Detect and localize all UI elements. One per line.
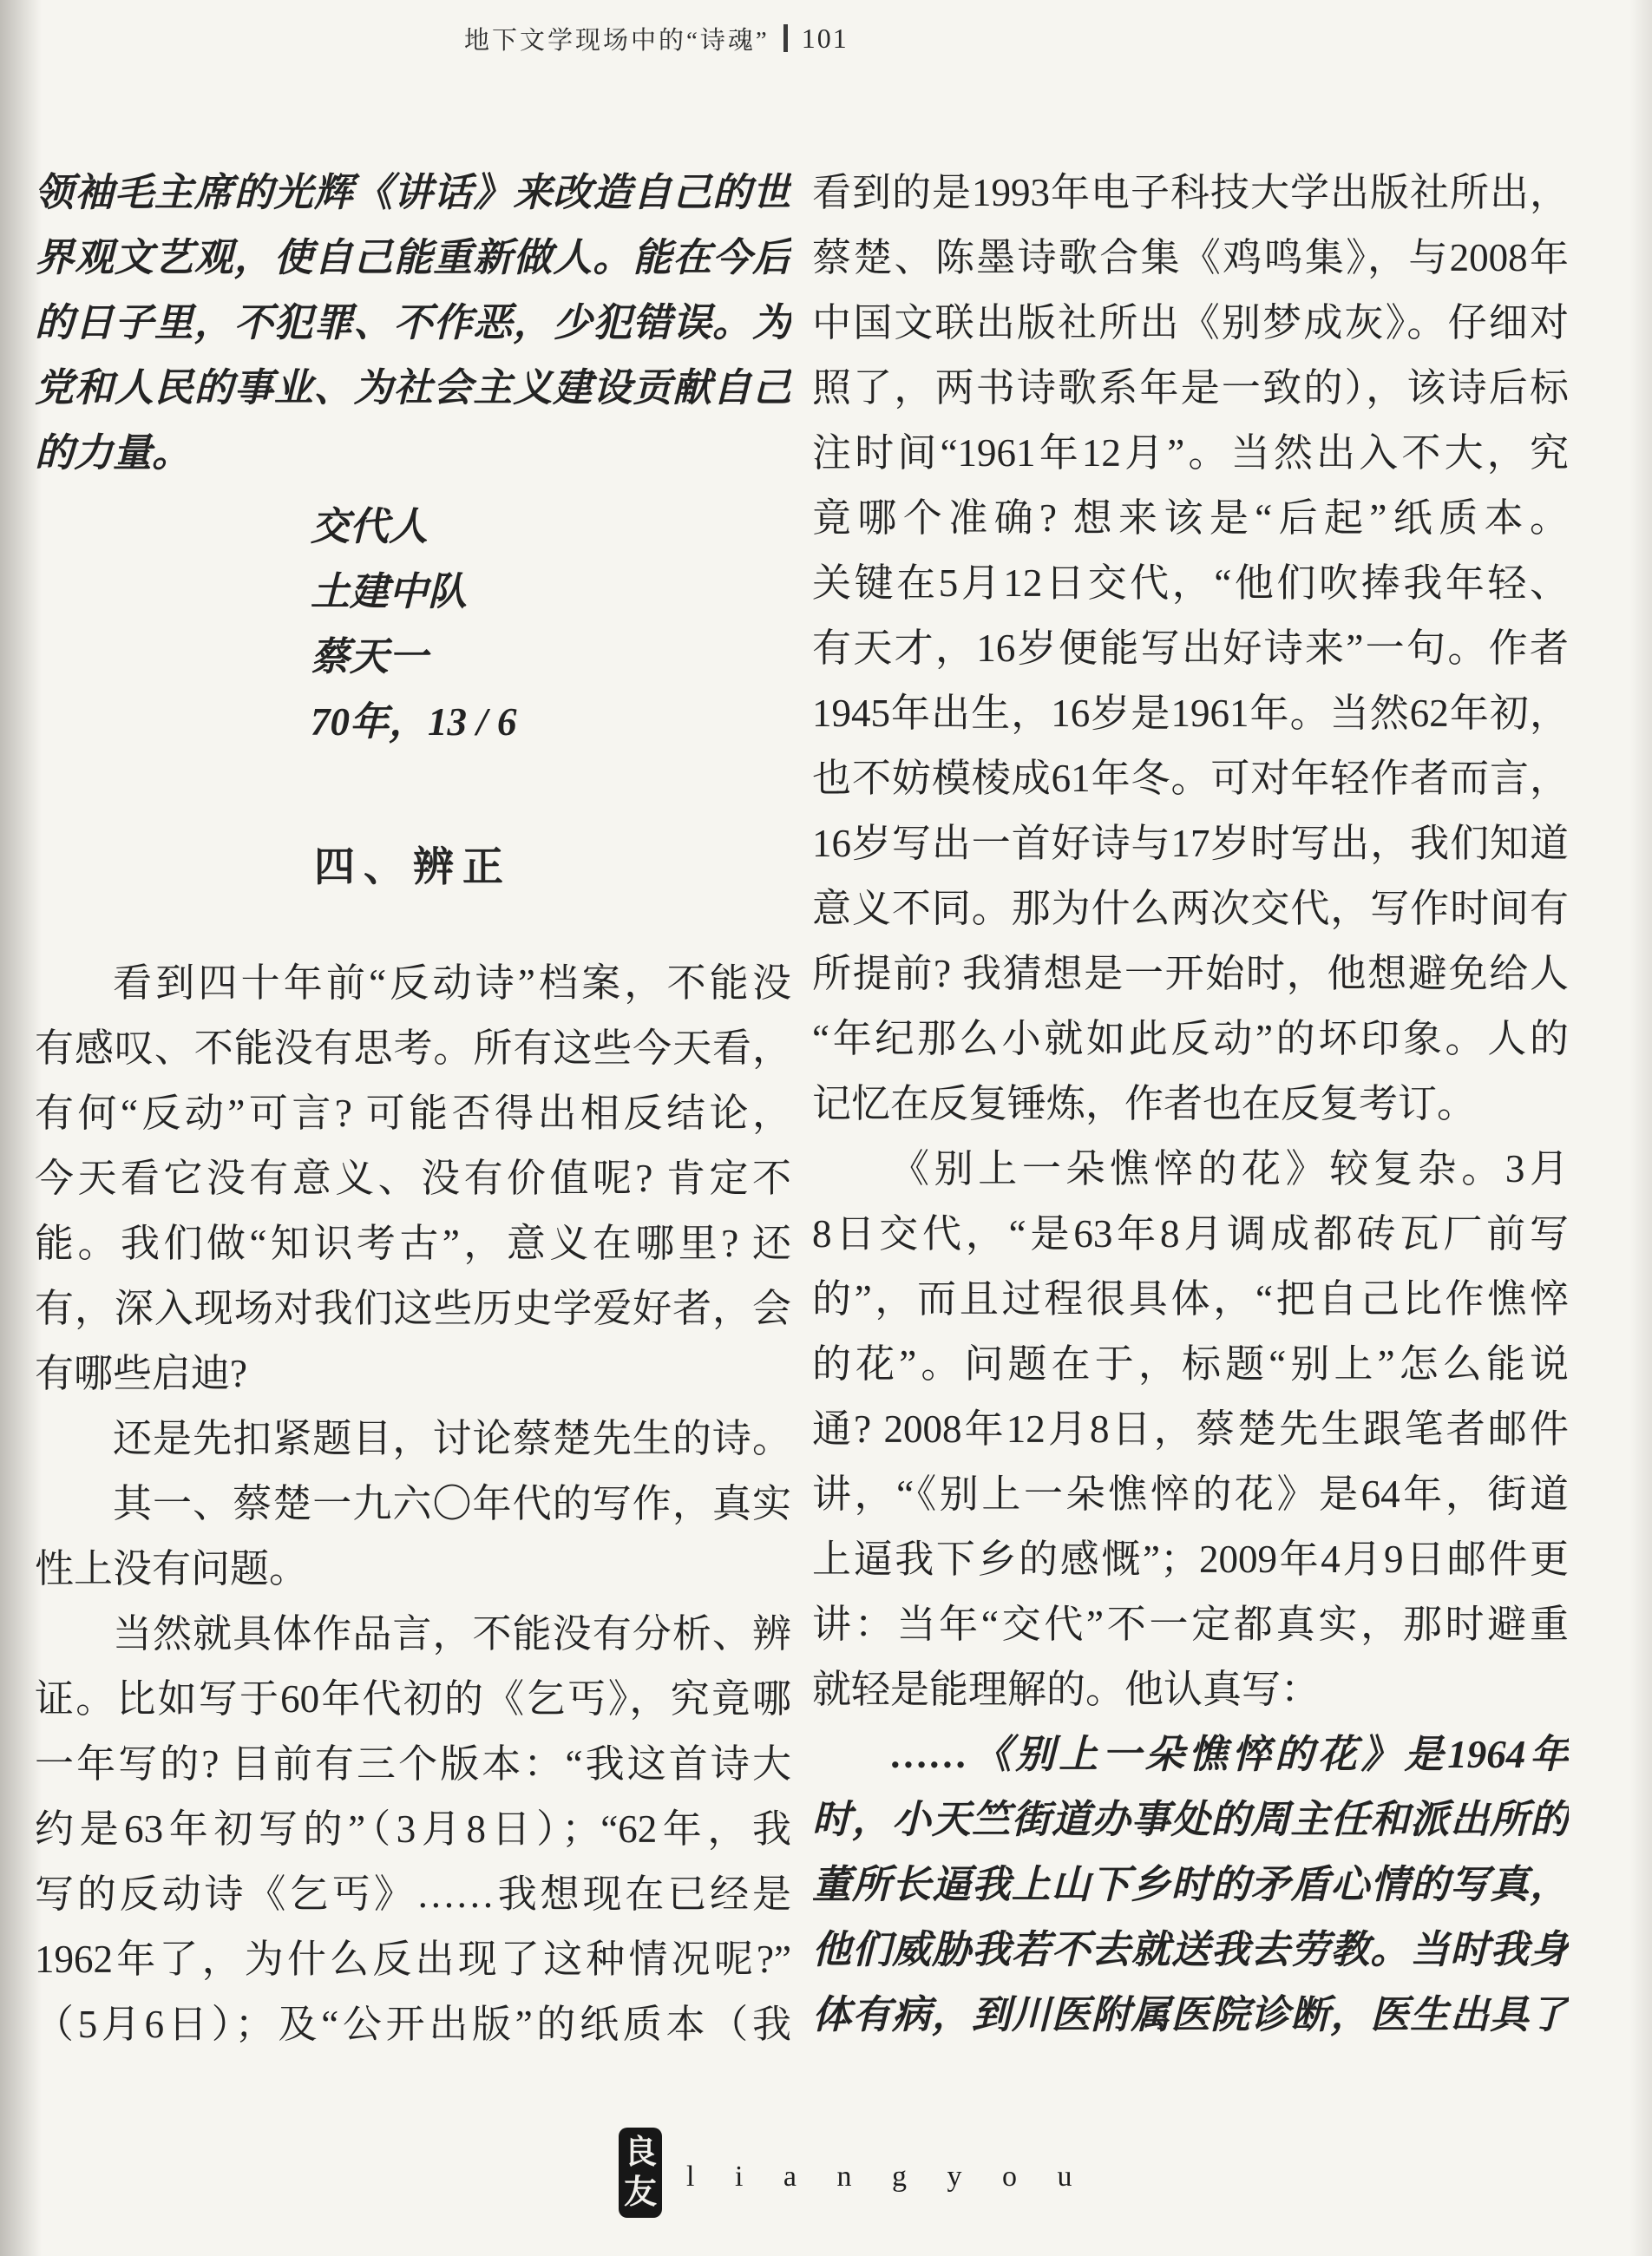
text-line: 写的反动诗《乞丐》……我想现在已经是 xyxy=(35,1862,791,1927)
liangyou-seal: 良 友 xyxy=(619,2128,662,2218)
text-line: 还是先扣紧题目，讨论蔡楚先生的诗。 xyxy=(35,1407,791,1472)
text-line: 证。比如写于60年代初的《乞丐》，究竟哪 xyxy=(35,1667,791,1732)
text-line: 体有病，到川医附属医院诊断，医生出具了 xyxy=(812,1983,1569,2048)
text-line: 有，深入现场对我们这些历史学爱好者，会 xyxy=(35,1276,791,1341)
text-line: 看到四十年前“反动诗”档案，不能没 xyxy=(35,951,791,1016)
section-heading: 四、辨正 xyxy=(35,836,791,901)
text-line: 性上没有问题。 xyxy=(35,1537,791,1602)
scanned-book-page: 地下文学现场中的“诗魂” 101 领袖毛主席的光辉《讲话》来改造自己的世界观文艺… xyxy=(0,0,1652,2256)
text-line: 党和人民的事业、为社会主义建设贡献自己 xyxy=(35,356,791,421)
seal-character: 良 xyxy=(624,2133,657,2173)
text-line: 有何“反动”可言? 可能否得出相反结论， xyxy=(35,1081,791,1146)
text-line: 也不妨模棱成61年冬。可对年轻作者而言， xyxy=(812,746,1569,811)
running-head-title: 地下文学现场中的“诗魂” xyxy=(464,21,770,56)
text-line: 其一、蔡楚一九六〇年代的写作，真实 xyxy=(35,1472,791,1537)
text-line: 就轻是能理解的。他认真写： xyxy=(812,1657,1569,1722)
seal-character: 友 xyxy=(624,2173,657,2213)
text-line: 通? 2008年12月8日，蔡楚先生跟笔者邮件 xyxy=(812,1397,1569,1462)
text-line: 照了，两书诗歌系年是一致的），该诗后标 xyxy=(812,356,1569,421)
text-line: 当然就具体作品言，不能没有分析、辨 xyxy=(35,1602,791,1667)
text-line: 看到的是1993年电子科技大学出版社所出， xyxy=(812,161,1569,226)
text-line: 的日子里，不犯罪、不作恶，少犯错误。为 xyxy=(35,291,791,356)
text-line: 一年写的? 目前有三个版本：“我这首诗大 xyxy=(35,1732,791,1797)
text-line: 领袖毛主席的光辉《讲话》来改造自己的世 xyxy=(35,161,791,226)
text-line: 意义不同。那为什么两次交代，写作时间有 xyxy=(812,876,1569,941)
running-head-divider xyxy=(783,24,788,52)
text-line: 的力量。 xyxy=(35,421,791,486)
right-column-body-text: 看到的是1993年电子科技大学出版社所出，蔡楚、陈墨诗歌合集《鸡鸣集》，与200… xyxy=(812,161,1569,2048)
text-line: 今天看它没有意义、没有价值呢? 肯定不 xyxy=(35,1146,791,1211)
text-line: 16岁写出一首好诗与17岁时写出，我们知道 xyxy=(812,811,1569,876)
text-line: 时，小天竺街道办事处的周主任和派出所的 xyxy=(812,1787,1569,1853)
text-line: ……《别上一朵憔悴的花》是1964年 xyxy=(812,1722,1569,1787)
text-line: 70年，13 / 6 xyxy=(311,690,791,755)
text-line: 界观文艺观，使自己能重新做人。能在今后 xyxy=(35,226,791,291)
text-line: 记忆在反复锤炼，作者也在反复考订。 xyxy=(812,1072,1569,1137)
running-head: 地下文学现场中的“诗魂” 101 xyxy=(464,19,849,57)
page-number: 101 xyxy=(802,23,849,55)
text-line: 的花”。问题在于，标题“别上”怎么能说 xyxy=(812,1332,1569,1397)
text-line: 蔡楚、陈墨诗歌合集《鸡鸣集》，与2008年 xyxy=(812,226,1569,291)
text-line: 交代人 xyxy=(311,495,791,560)
liangyou-romanization: l i a n g y o u xyxy=(686,2161,1088,2194)
text-line: 讲，“《别上一朵憔悴的花》是64年，街道 xyxy=(812,1462,1569,1527)
left-column-opening-kai-paragraph: 领袖毛主席的光辉《讲话》来改造自己的世界观文艺观，使自己能重新做人。能在今后的日… xyxy=(35,161,791,486)
text-line: 能。我们做“知识考古”，意义在哪里? 还 xyxy=(35,1211,791,1276)
text-line: 1945年出生，16岁是1961年。当然62年初， xyxy=(812,681,1569,746)
text-line: 他们威胁我若不去就送我去劳教。当时我身 xyxy=(812,1918,1569,1983)
text-line: 竟哪个准确? 想来该是“后起”纸质本。 xyxy=(812,486,1569,551)
text-line: 所提前? 我猜想是一开始时，他想避免给人 xyxy=(812,941,1569,1007)
text-line: “年纪那么小就如此反动”的坏印象。人的 xyxy=(812,1007,1569,1072)
text-line: 有天才，16岁便能写出好诗来”一句。作者 xyxy=(812,616,1569,681)
page-edge-shadow xyxy=(1629,0,1652,2256)
text-line: 注时间“1961年12月”。当然出入不大，究 xyxy=(812,421,1569,486)
text-line: （5月6日）；及“公开出版”的纸质本（我 xyxy=(35,1992,791,2057)
text-line: 蔡天一 xyxy=(311,625,791,690)
left-column-signature-block: 交代人土建中队蔡天一70年，13 / 6 xyxy=(311,495,791,755)
text-line: 1962年了，为什么反出现了这种情况呢?” xyxy=(35,1927,791,1992)
text-line: 中国文联出版社所出《别梦成灰》。仔细对 xyxy=(812,291,1569,356)
text-line: 《别上一朵憔悴的花》较复杂。3月 xyxy=(812,1137,1569,1202)
text-line: 讲：当年“交代”不一定都真实，那时避重 xyxy=(812,1592,1569,1657)
text-line: 关键在5月12日交代，“他们吹捧我年轻、 xyxy=(812,551,1569,616)
text-line: 董所长逼我上山下乡时的矛盾心情的写真， xyxy=(812,1853,1569,1918)
text-line: 有哪些启迪? xyxy=(35,1341,791,1407)
text-line: 有感叹、不能没有思考。所有这些今天看， xyxy=(35,1016,791,1081)
text-line: 约是63年初写的”（3月8日）；“62年，我 xyxy=(35,1797,791,1862)
left-column-body-text: 看到四十年前“反动诗”档案，不能没有感叹、不能没有思考。所有这些今天看，有何“反… xyxy=(35,951,791,2057)
text-line: 8日交代，“是63年8月调成都砖瓦厂前写 xyxy=(812,1202,1569,1267)
text-line: 上逼我下乡的感慨”；2009年4月9日邮件更 xyxy=(812,1527,1569,1592)
text-line: 的”，而且过程很具体，“把自己比作憔悴 xyxy=(812,1267,1569,1332)
text-line: 土建中队 xyxy=(311,560,791,625)
